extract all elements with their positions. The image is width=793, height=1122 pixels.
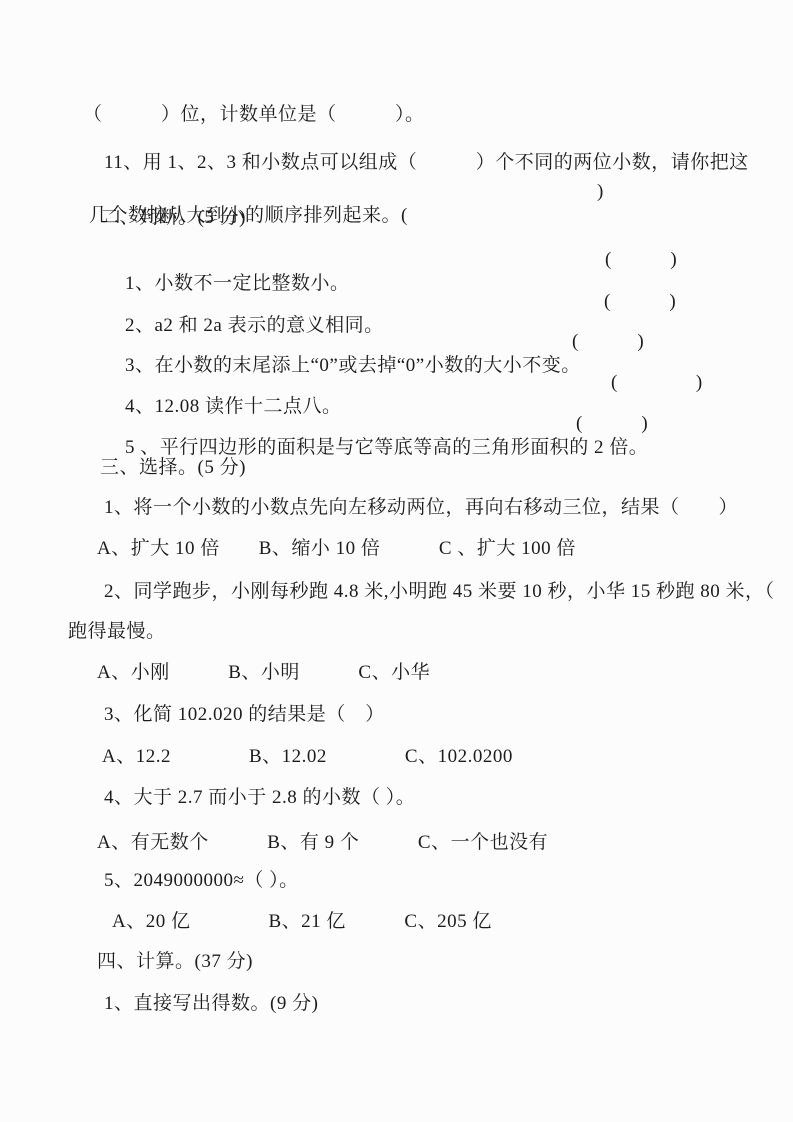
choice-options-1: A、扩大 10 倍 B、缩小 10 倍 C 、扩大 100 倍 (97, 537, 576, 561)
answer-paren: ( ) (611, 371, 703, 395)
section-3-heading: 三、选择。(5 分) (100, 456, 246, 480)
section-4-heading: 四、计算。(37 分) (97, 950, 253, 974)
choice-question-4: 4、大于 2.7 而小于 2.8 的小数（ ）。 (104, 786, 415, 810)
choice-options-2: A、小刚 B、小明 C、小华 (97, 661, 430, 685)
choice-question-3: 3、化简 102.020 的结果是（ ） (104, 703, 385, 727)
choice-options-4: A、有无数个 B、有 9 个 C、一个也没有 (97, 831, 548, 855)
judge-item-5-text: 5 、平行四边形的面积是与它等底等高的三角形面积的 2 倍。 (125, 437, 648, 458)
answer-paren: ( ) (576, 412, 648, 436)
section-2-heading: 二、判断。(5 分) (100, 206, 246, 230)
choice-question-2-continuation: 跑得最慢。 (68, 620, 166, 644)
choice-question-1: 1、将一个小数的小数点先向左移动两位，再向右移动三位，结果（ ） (104, 496, 738, 520)
choice-options-5: A、20 亿 B、21 亿 C、205 亿 (112, 910, 492, 934)
choice-question-5: 5、2049000000≈（ ）。 (104, 869, 299, 893)
choice-question-2: 2、同学跑步，小刚每秒跑 4.8 米,小明跑 45 米要 10 秒，小华 15 … (104, 580, 793, 604)
answer-paren: ( ) (604, 290, 676, 314)
answer-paren: ( ) (572, 330, 644, 354)
answer-paren: ) (597, 180, 604, 204)
question-11: 11、用 1、2、3 和小数点可以组成（ ）个不同的两位小数，请你把这 (104, 151, 749, 175)
choice-options-3: A、12.2 B、12.02 C、102.0200 (102, 745, 513, 769)
answer-paren: ( ) (605, 248, 677, 272)
fill-blank-continuation: （ ）位，计数单位是（ ）。 (83, 103, 425, 127)
calc-subheading-1: 1、直接写出得数。(9 分) (104, 992, 318, 1016)
worksheet-page: （ ）位，计数单位是（ ）。 11、用 1、2、3 和小数点可以组成（ ）个不同… (0, 0, 793, 1122)
